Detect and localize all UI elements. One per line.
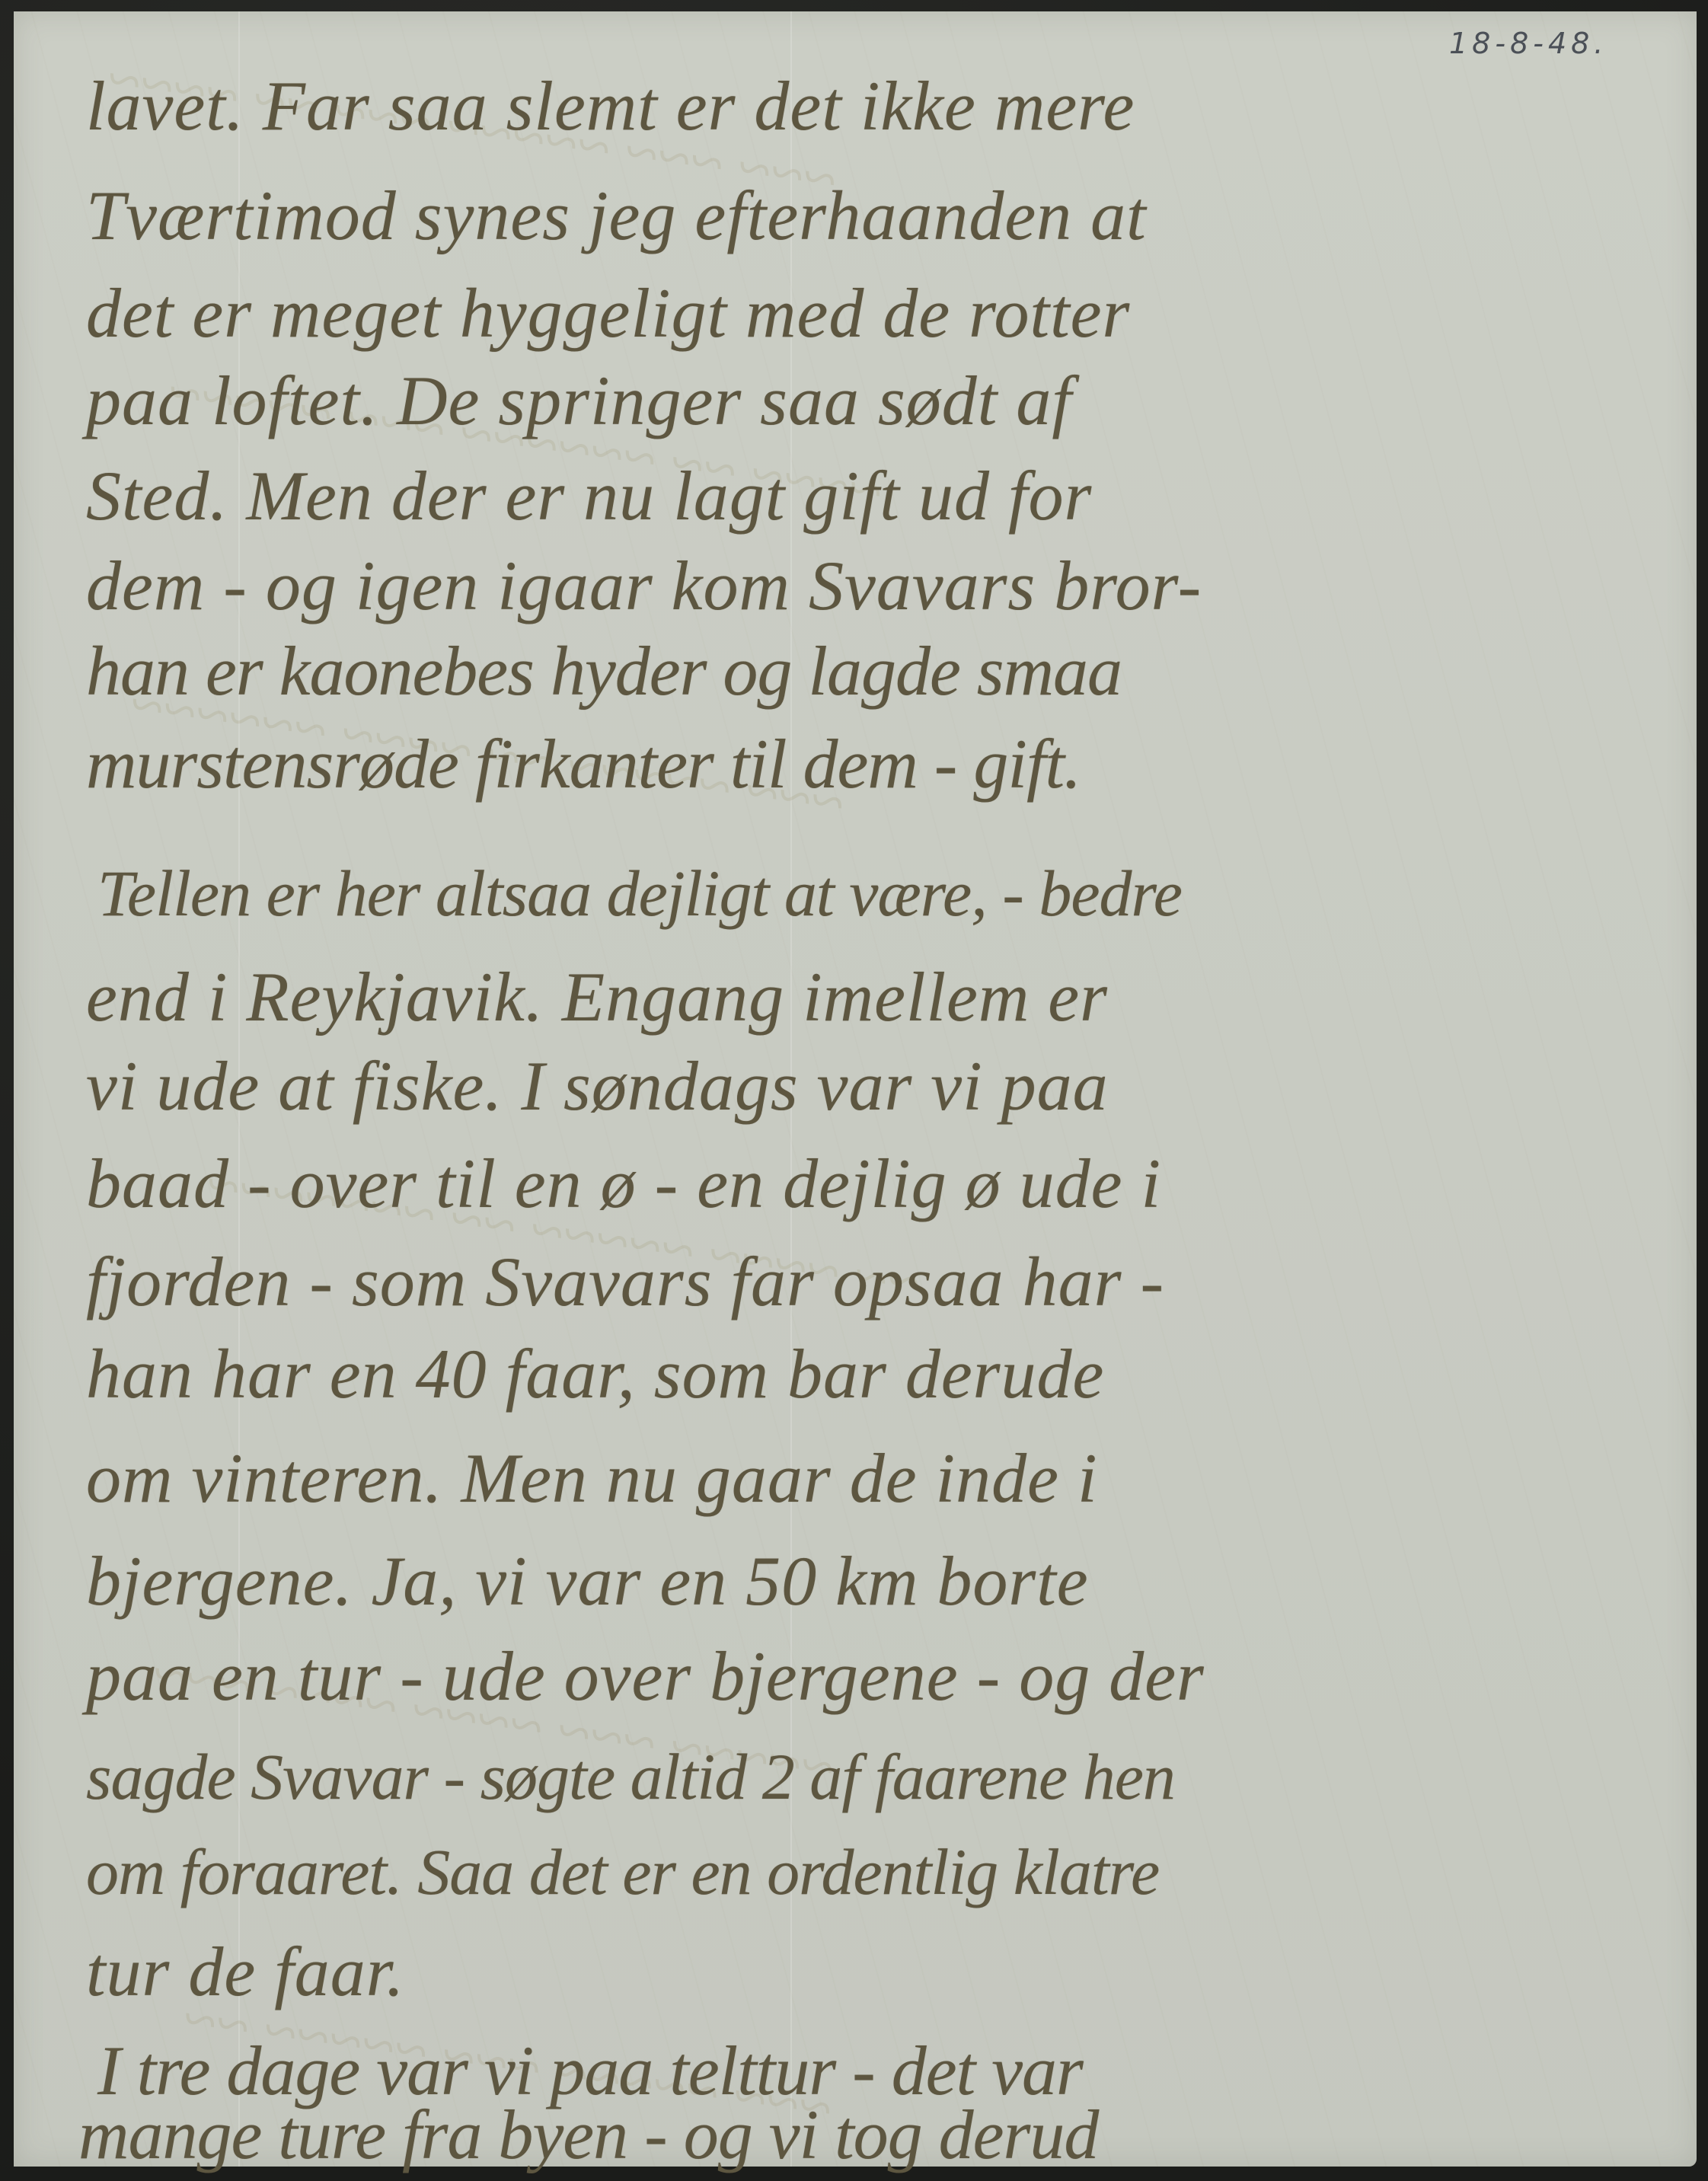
handwritten-line: vi ude at fiske. I søndags var vi paa — [86, 1051, 1109, 1121]
handwritten-line: Tellen er her altsaa dejligt at være, - … — [97, 861, 1182, 926]
handwritten-line: han er kaonebes hyder og lagde smaa — [86, 636, 1122, 706]
handwritten-line: bjergene. Ja, vi var en 50 km borte — [86, 1546, 1089, 1616]
handwritten-line: sagde Svavar - søgte altid 2 af faarene … — [86, 1744, 1175, 1809]
handwritten-line: end i Reykjavik. Engang imellem er — [86, 962, 1108, 1032]
date-annotation: 18-8-48. — [1449, 27, 1607, 60]
handwritten-line: det er meget hyggeligt med de rotter — [86, 278, 1130, 348]
handwritten-line: Sted. Men der er nu lagt gift ud for — [86, 461, 1092, 531]
handwritten-line: om vinteren. Men nu gaar de inde i — [86, 1443, 1098, 1513]
handwritten-line: baad - over til en ø - en dejlig ø ude i — [86, 1148, 1161, 1218]
handwritten-line: tur de faar. — [86, 1937, 404, 2007]
handwritten-line: murstensrøde firkanter til dem - gift. — [86, 729, 1081, 799]
handwritten-line: paa en tur - ude over bjergene - og der — [86, 1641, 1205, 1711]
handwritten-line: paa loftet. De springer saa sødt af — [86, 366, 1072, 436]
handwritten-line: lavet. Far saa slemt er det ikke mere — [86, 71, 1135, 141]
handwritten-line: fjorden - som Svavars far opsaa har - — [86, 1247, 1164, 1317]
handwritten-line: han har en 40 faar, som bar derude — [86, 1339, 1104, 1409]
handwritten-line: mange ture fra byen - og vi tog derud — [78, 2100, 1098, 2170]
handwritten-line: dem - og igen igaar kom Svavars bror- — [86, 551, 1202, 621]
letter-page: ~~~ ~~~ ~~~~~ ~~~ ~~ ~~~~ ~~~~ ~~ ~~~~~~… — [14, 11, 1697, 2167]
handwritten-line: Tværtimod synes jeg efterhaanden at — [86, 180, 1147, 251]
handwritten-line: om foraaret. Saa det er en ordentlig kla… — [86, 1839, 1159, 1905]
